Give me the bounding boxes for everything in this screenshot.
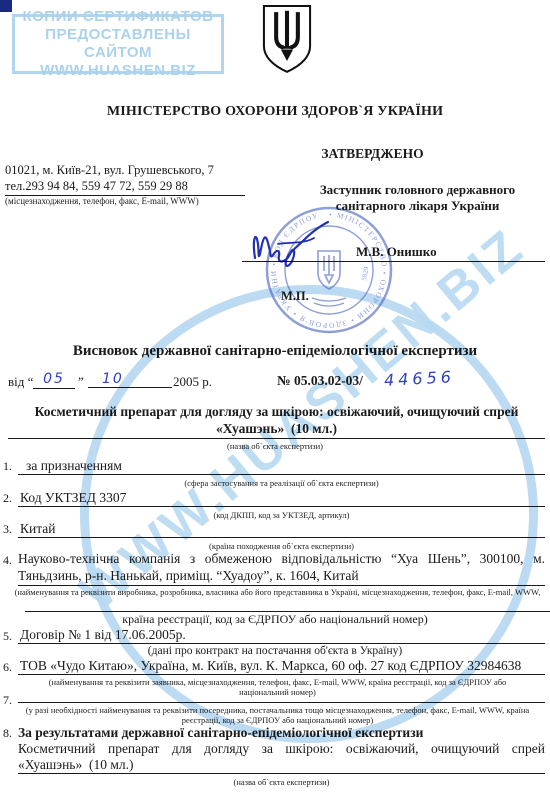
item-8-value-line1: Косметичний препарат для догляду за шкір… — [18, 741, 545, 757]
date-quote: ” — [78, 374, 84, 390]
product-name-line2: «Хуашэнь» (10 мл.) — [8, 421, 545, 438]
item-3-number: 3. — [3, 522, 12, 537]
approver-title-line2: санітарного лікаря України — [295, 198, 540, 214]
date-month-handwritten: 10 — [102, 371, 124, 387]
address-line2: тел.293 94 84, 559 47 72, 559 29 88 — [5, 179, 245, 196]
item-8-heading: За результатами державної санітарно-епід… — [18, 725, 545, 741]
item-8-note: (назва об`єкта експертизи) — [18, 777, 545, 787]
item-6-value: ТОВ «Чудо Китаю», Україна, м. Київ, вул.… — [18, 658, 545, 675]
item-4-number: 4. — [3, 553, 12, 568]
item-4-note: (найменування та реквізити виробника, ро… — [10, 587, 545, 597]
date-year: 2005 р. — [173, 374, 212, 390]
item-2-note: (код ДКПП, код за УКТЗЕД, артикул) — [18, 510, 545, 520]
seal-place-label: М.П. — [281, 289, 309, 304]
date-month-field: 10 — [88, 370, 172, 388]
item-4-note2: країна реєстрації, код за ЄДРПОУ або нац… — [0, 613, 550, 626]
item-7-number: 7. — [3, 693, 12, 708]
item-6-number: 6. — [3, 660, 12, 675]
product-name: Косметичний препарат для догляду за шкір… — [8, 404, 545, 439]
item-4-value-line1: Науково-технічна компанія з обмеженою ві… — [18, 551, 545, 568]
item-3-note: (країна походження об`єкта експертизи) — [18, 541, 545, 551]
product-note: (назва об`єкта експертизи) — [0, 441, 550, 451]
item-4-value-line2: Тяньдзинь, р-н. Нанькай, приміщ. “Хуадоу… — [18, 568, 545, 585]
item-5-value: Договір № 1 від 17.06.2005р. — [18, 627, 545, 644]
item-1-value: за призначенням — [18, 458, 545, 475]
item-7-note: (у разі необхідності найменування та рек… — [15, 705, 540, 725]
item-5-note: (дані про контракт на постачання об'єкта… — [0, 645, 550, 657]
item-4-value: Науково-технічна компанія з обмеженою ві… — [18, 551, 545, 586]
document-number-label: № 05.03.02-03/ — [277, 373, 363, 389]
date-day-field: 05 — [33, 370, 75, 389]
item-1-note: (сфера застосування та реалізації об`єкт… — [18, 478, 545, 488]
document-number-handwritten: 44656 — [384, 367, 456, 390]
item-7-value — [18, 694, 545, 703]
certificate-page: МІНІСТЕРСТВО ОХОРОНИ ЗДОРОВ`Я УКРАЇНИ ЗА… — [0, 0, 550, 800]
item-5-number: 5. — [3, 629, 12, 644]
product-name-line1: Косметичний препарат для догляду за шкір… — [8, 404, 545, 421]
address-line1: 01021, м. Київ-21, вул. Грушевського, 7 — [5, 163, 214, 178]
approved-label: ЗАТВЕРДЖЕНО — [285, 146, 460, 162]
document-title: Висновок державної санітарно-епідеміолог… — [0, 343, 550, 360]
date-prefix: від “ — [8, 374, 33, 390]
item-3-value: Китай — [18, 521, 545, 538]
item-2-number: 2. — [3, 491, 12, 506]
item-8-value: Косметичний препарат для догляду за шкір… — [18, 741, 545, 774]
approver-title-line1: Заступник головного державного — [295, 182, 540, 198]
item-1-number: 1. — [3, 459, 12, 474]
item-8-number: 8. — [3, 726, 12, 741]
approver-name: М.В. Онишко — [242, 244, 545, 262]
ministry-title: МІНІСТЕРСТВО ОХОРОНИ ЗДОРОВ`Я УКРАЇНИ — [0, 104, 550, 120]
item-4-extra-rule — [25, 601, 550, 612]
address-note: (місцезнаходження, телефон, факс, E-mail… — [5, 196, 199, 206]
ukraine-trident-emblem — [246, 4, 328, 80]
approver-title: Заступник головного державного санітарно… — [295, 182, 540, 213]
item-8-value-line2: «Хуашэнь» (10 мл.) — [18, 757, 545, 773]
date-day-handwritten: 05 — [43, 371, 65, 387]
item-2-value: Код УКТЗЕД 3307 — [18, 490, 545, 507]
